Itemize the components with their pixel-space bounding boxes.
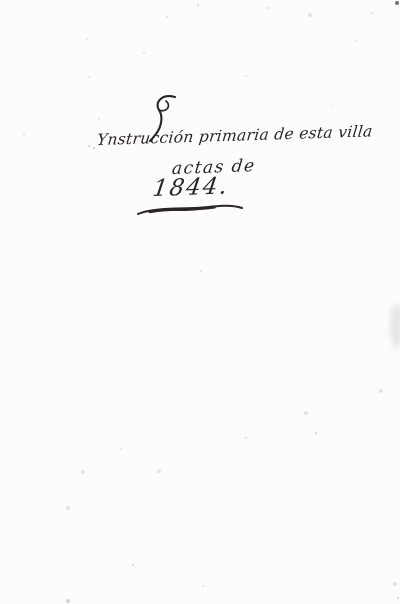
year-underline-flourish: [136, 200, 246, 218]
right-edge-stain: [390, 303, 400, 348]
year-handwriting: 1844.: [151, 173, 230, 202]
manuscript-page: Ynstrucción primaria de esta villa actas…: [0, 0, 400, 604]
paper-speckles: [0, 0, 2, 2]
